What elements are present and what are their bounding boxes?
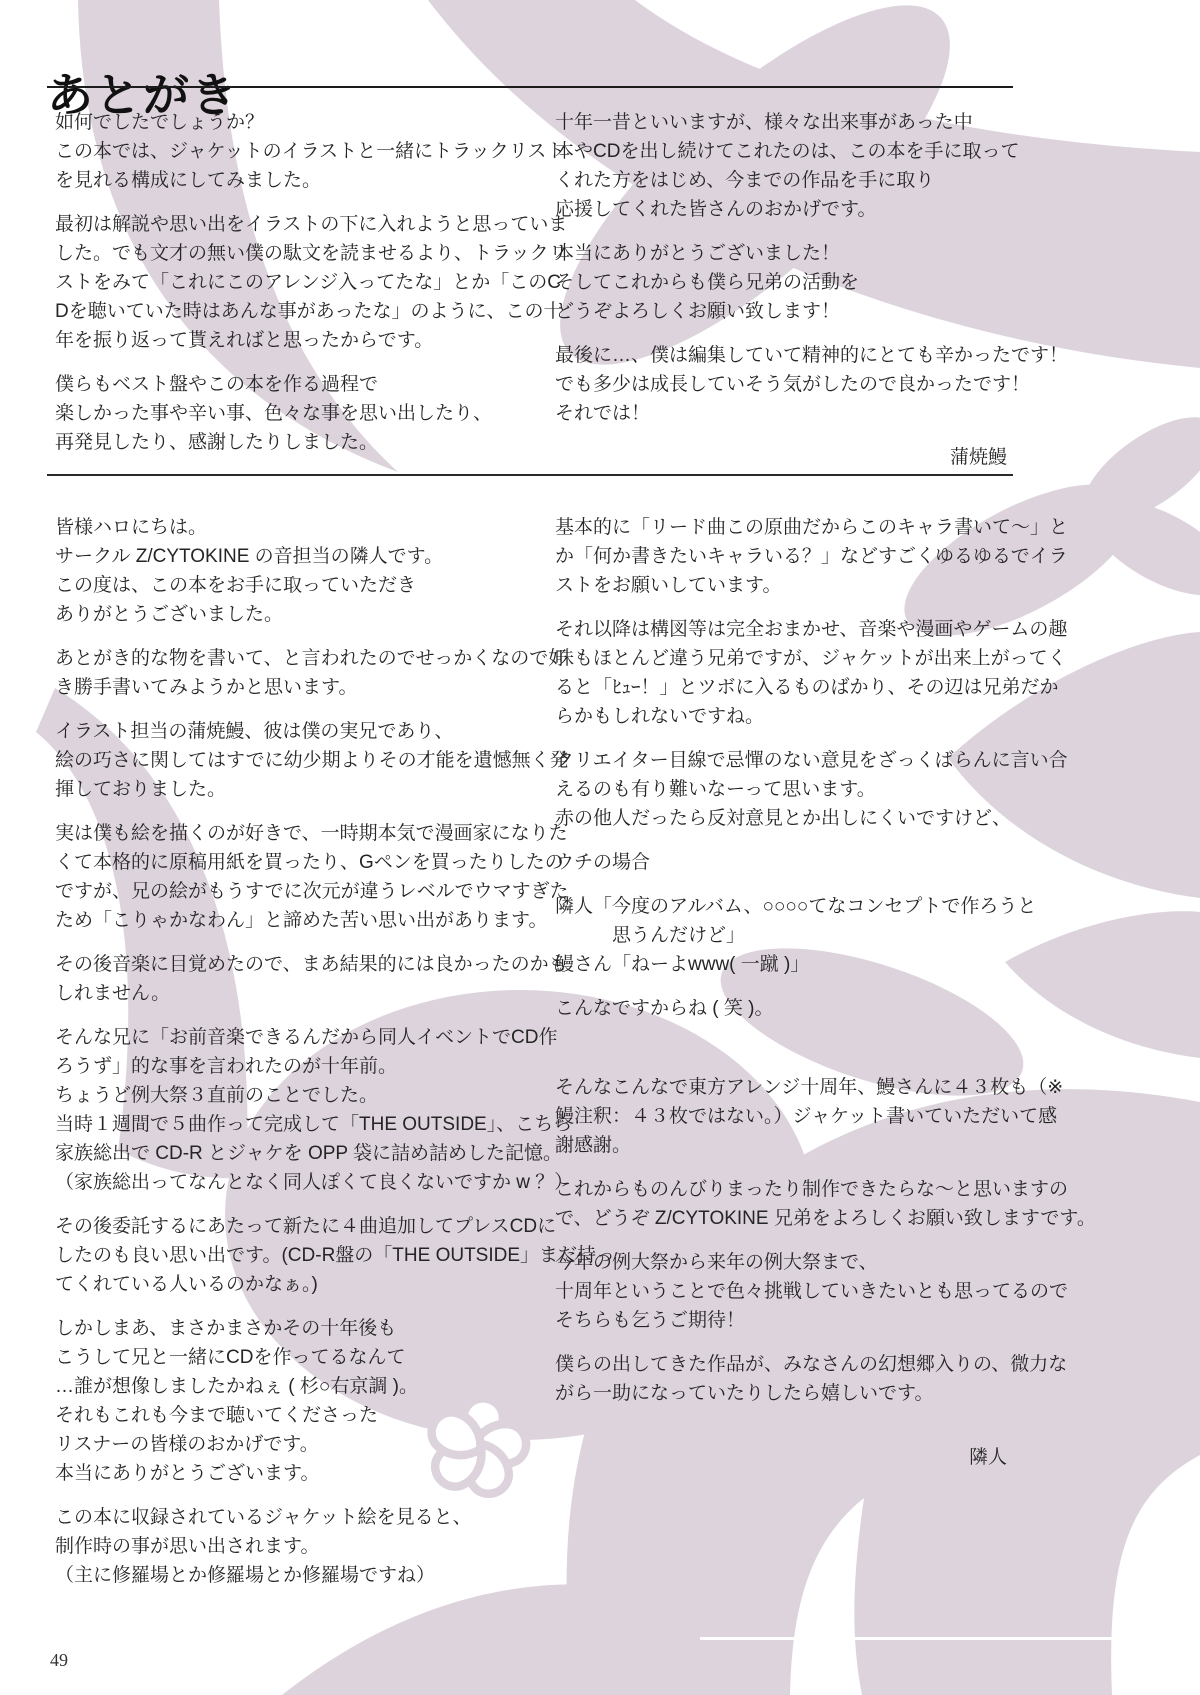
paragraph: 如何でしたでしょうか？ この本では、ジャケットのイラストと一緒にトラックリスト … [55, 108, 517, 195]
flower-seam [700, 1637, 1200, 1640]
paragraph: 僕らの出してきた作品が、みなさんの幻想郷入りの、微力な がら一助になっていたりし… [555, 1350, 1013, 1408]
signature-illustrator: 蒲焼鰻 [555, 443, 1013, 472]
paragraph: 実は僕も絵を描くのが好きで、一時期本気で漫画家になりた くて本格的に原稿用紙を買… [55, 819, 517, 935]
title-rule [47, 86, 1013, 88]
paragraph: こんなですからね ( 笑 )。 [555, 994, 1013, 1023]
top-left-column: 如何でしたでしょうか？ この本では、ジャケットのイラストと一緒にトラックリスト … [55, 108, 517, 472]
paragraph: 皆様ハロにちは。 サークル Z/CYTOKINE の音担当の隣人です。 この度は… [55, 513, 517, 629]
paragraph: 隣人「今度のアルバム、○○○○てなコンセプトで作ろうと 思うんだけど」 鰻さん「… [555, 892, 1013, 979]
page-number: 49 [50, 1650, 68, 1671]
paragraph: そんなこんなで東方アレンジ十周年、鰻さんに４３枚も（※ 鰻注釈：４３枚ではない。… [555, 1073, 1013, 1160]
paragraph: その後委託するにあたって新たに４曲追加してプレスCDに したのも良い思い出です。… [55, 1212, 517, 1299]
signature-musician: 隣人 [555, 1443, 1013, 1472]
paragraph: 最後に…、僕は編集していて精神的にとても辛かったです！ でも多少は成長していそう… [555, 341, 1013, 428]
paragraph: 今年の例大祭から来年の例大祭まで、 十周年ということで色々挑戦していきたいとも思… [555, 1248, 1013, 1335]
paragraph: しかしまあ、まさかまさかその十年後も こうして兄と一緒にCDを作ってるなんて …… [55, 1314, 517, 1488]
paragraph: そんな兄に「お前音楽できるんだから同人イベントでCD作 ろうず」的な事を言われた… [55, 1023, 517, 1197]
flower-petal [1005, 911, 1200, 1058]
paragraph: あとがき的な物を書いて、と言われたのでせっかくなので好 き勝手書いてみようかと思… [55, 644, 517, 702]
paragraph: 最初は解説や思い出をイラストの下に入れようと思っていま した。でも文才の無い僕の… [55, 210, 517, 355]
paragraph: この本に収録されているジャケット絵を見ると、 制作時の事が思い出されます。 （主… [55, 1503, 517, 1590]
paragraph: これからものんびりまったり制作できたらな～と思いますの で、どうぞ Z/CYTO… [555, 1175, 1013, 1233]
bottom-right-column: 基本的に「リード曲この原曲だからこのキャラ書いて～」と か「何か書きたいキャラい… [555, 513, 1013, 1472]
top-right-column: 十年一昔といいますが、様々な出来事があった中 本やCDを出し続けてこれたのは、こ… [555, 108, 1013, 472]
paragraph: 本当にありがとうございました！ そしてこれからも僕ら兄弟の活動を どうぞよろしく… [555, 239, 1013, 326]
paragraph: その後音楽に目覚めたので、まあ結果的には良かったのかも しれません。 [55, 950, 517, 1008]
paragraph: クリエイター目線で忌憚のない意見をざっくばらんに言い合 えるのも有り難いなーって… [555, 746, 1013, 833]
paragraph: ウチの場合 [555, 848, 1013, 877]
paragraph: 十年一昔といいますが、様々な出来事があった中 本やCDを出し続けてこれたのは、こ… [555, 108, 1013, 224]
paragraph: それ以降は構図等は完全おまかせ、音楽や漫画やゲームの趣 味もほとんど違う兄弟です… [555, 615, 1013, 731]
paragraph: イラスト担当の蒲焼鰻、彼は僕の実兄であり、 絵の巧さに関してはすでに幼少期よりそ… [55, 717, 517, 804]
paragraph: 基本的に「リード曲この原曲だからこのキャラ書いて～」と か「何か書きたいキャラい… [555, 513, 1013, 600]
section-divider [47, 474, 1013, 476]
paragraph: 僕らもベスト盤やこの本を作る過程で 楽しかった事や辛い事、色々な事を思い出したり… [55, 370, 517, 457]
bottom-left-column: 皆様ハロにちは。 サークル Z/CYTOKINE の音担当の隣人です。 この度は… [55, 513, 517, 1605]
